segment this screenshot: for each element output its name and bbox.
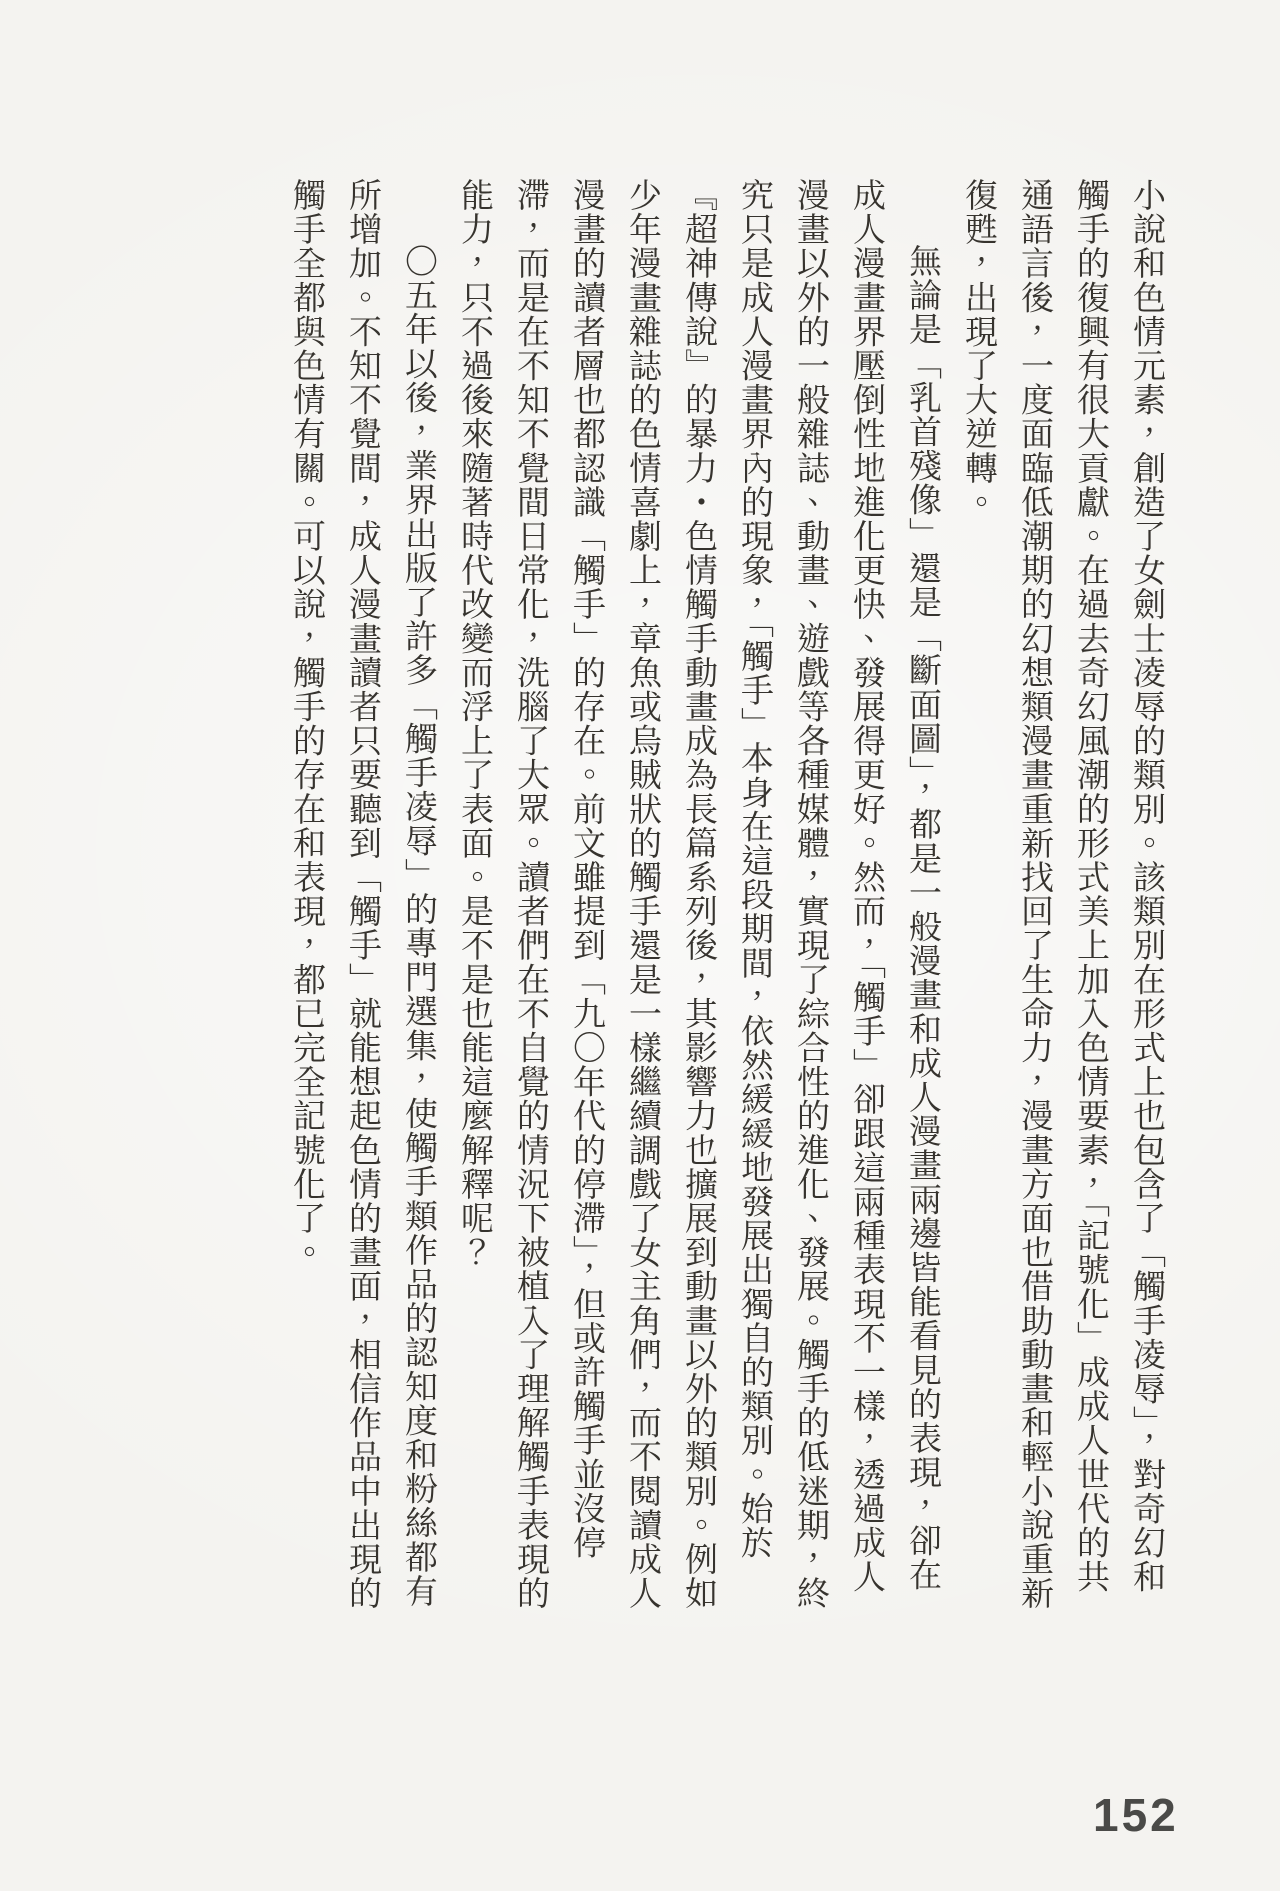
paragraph-2: 無論是「乳首殘像」還是「斷面圖」，都是一般漫畫和成人漫畫兩邊皆能看見的表現，卻在… [446,178,950,1616]
book-page: 小說和色情元素，創造了女劍士凌辱的類別。該類別在形式上也包含了「觸手凌辱」，對奇… [0,0,1280,1891]
page-number: 152 [1093,1788,1179,1842]
vertical-text-block: 小說和色情元素，創造了女劍士凌辱的類別。該類別在形式上也包含了「觸手凌辱」，對奇… [278,178,1174,1616]
paragraph-1: 小說和色情元素，創造了女劍士凌辱的類別。該類別在形式上也包含了「觸手凌辱」，對奇… [950,178,1174,1616]
paragraph-3: 〇五年以後，業界出版了許多「觸手凌辱」的專門選集，使觸手類作品的認知度和粉絲都有… [278,178,446,1616]
